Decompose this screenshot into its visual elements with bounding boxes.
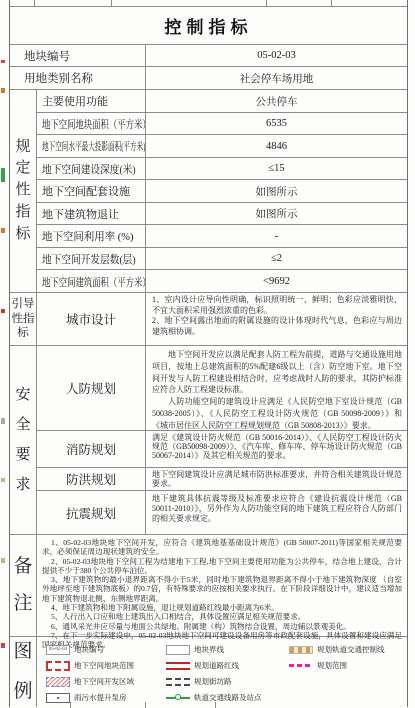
row-label: 防洪规划 — [37, 468, 146, 490]
scan-artifact-tick — [1, 168, 5, 182]
scan-artifact-tick — [215, 702, 216, 708]
plot-number-icon: 05-02-03 — [46, 645, 70, 655]
section-group-label: 规定性指标 — [10, 90, 37, 292]
row-text: 1、室内设计应导向性明确，标识照明统一、鲜明；色彩应淡雅明快，不宜大面积采用强烈… — [146, 293, 407, 345]
row-label: 主要使用功能 — [37, 90, 146, 112]
scan-artifact-tick — [1, 418, 5, 424]
row-value: ≤15 — [146, 158, 407, 179]
scan-artifact-tick — [145, 702, 146, 708]
legend-item: 规划轨道交通控制线 — [289, 644, 385, 655]
row-value: 公共停车 — [146, 90, 407, 112]
row-value: - — [146, 225, 407, 247]
section-group-label: 图例 — [10, 637, 37, 707]
scan-artifact-tick — [1, 558, 5, 563]
legend-item: 规划街坊路 — [166, 676, 262, 687]
row-label: 地下空间地块面积（平方米） — [37, 113, 146, 134]
row-text: 地下空间建筑设计应满足城市防洪标准要求，并符合相关建筑设计规范要求。 — [146, 468, 407, 490]
table-row: 地下空间建筑面积（平方米） <9692 — [37, 270, 407, 293]
table-row: 主要使用功能 公共停车 — [37, 90, 407, 113]
legend-item: 地下空间开发区域 — [46, 676, 134, 687]
row-label: 地下空间开发层数(层) — [37, 248, 146, 269]
planning-scope-icon — [289, 664, 313, 667]
section-safety: 安全要求 人防规划 地下空间开发应以满足配套人防工程为前提，道路与交通设施用地项… — [10, 346, 407, 535]
pump-house-icon — [46, 693, 70, 703]
section-regulatory: 规定性指标 主要使用功能 公共停车 地下空间地块面积（平方米） 6535 地下空… — [10, 90, 407, 293]
table-row: 抗震规划 地下建筑具体抗震等级及标准要求应符合《建设抗震设计规范（GB 5001… — [37, 491, 407, 535]
section-group-label: 备注 — [10, 535, 37, 636]
legend-item: 雨污水提升泵房 — [46, 692, 134, 703]
table-row: 地块编号 05-02-03 — [10, 45, 407, 67]
table-row: 用地类别名称 社会停车场用地 — [10, 67, 407, 90]
scan-artifact-tick — [1, 478, 5, 482]
table-row: 消防规划 满足《建筑设计防火规范（GB 50016-2014）》、《人民防空工程… — [37, 431, 407, 468]
row-label: 地下空间配套设施 — [37, 180, 146, 202]
row-label: 地下建筑物退让 — [37, 203, 146, 224]
row-text: 地下空间开发应以满足配套人防工程为前提，道路与交通设施用地项目，按地上总建筑面积… — [146, 346, 407, 430]
section-guiding: 引导性指标 城市设计 1、室内设计应导向性明确，标识照明统一、鲜明；色彩应淡雅明… — [10, 293, 407, 346]
table-row: 地下空间利用率 (%) - — [37, 225, 407, 248]
legend-item: 轨道交通线路及站点 — [166, 692, 262, 703]
table-row: 防洪规划 地下空间建筑设计应满足城市防洪标准要求，并符合相关建筑设计规范要求。 — [37, 468, 407, 491]
table-row: 地下空间建设深度(米) ≤15 — [37, 158, 407, 180]
row-label: 消防规划 — [37, 431, 146, 467]
scan-artifact-tick — [1, 228, 5, 233]
legend-item: 规划范围 — [289, 660, 385, 671]
plot-boundary-icon — [166, 645, 190, 655]
row-label: 人防规划 — [37, 346, 146, 430]
scan-artifact-tick — [70, 702, 71, 708]
neighborhood-road-icon — [166, 678, 190, 686]
underground-plot-scope-icon — [46, 661, 70, 671]
row-text: 地下建筑具体抗震等级及标准要求应符合《建设抗震设计规范（GB 50011-201… — [146, 491, 407, 535]
row-value: 如图所示 — [146, 180, 407, 202]
remarks-text: 1、05-02-03地块地下空间开发，应符合《建筑地基基础设计规范》(GB 50… — [37, 535, 407, 636]
table-row: 地下空间地块面积（平方米） 6535 — [37, 113, 407, 135]
legend-items: 05-02-03 地块编号 地下空间地块范围 地下空间开发区域 雨污水提升泵房 — [37, 637, 407, 707]
rail-control-line-icon — [289, 646, 313, 654]
scan-artifact-tick — [1, 643, 5, 648]
control-indicator-table: 控制指标 地块编号 05-02-03 用地类别名称 社会停车场用地 规定性指标 … — [9, 0, 408, 707]
legend-item: 05-02-03 地块编号 — [46, 644, 134, 655]
row-label: 地下空间建筑面积（平方米） — [37, 270, 146, 293]
section-group-label: 安全要求 — [10, 346, 37, 534]
row-value: 6535 — [146, 113, 407, 134]
row-value: 05-02-03 — [146, 45, 407, 66]
table-row: 地下空间开发层数(层) ≤2 — [37, 248, 407, 270]
rail-transit-line-icon — [166, 697, 190, 699]
row-value: 社会停车场用地 — [146, 67, 407, 89]
row-value: 4846 — [146, 135, 407, 157]
row-label: 地下空间利用率 (%) — [37, 225, 146, 247]
legend-item: 地下空间地块范围 — [46, 660, 134, 671]
section-remarks: 备注 1、05-02-03地块地下空间开发，应符合《建筑地基基础设计规范》(GB… — [10, 535, 407, 637]
page-title: 控制指标 — [165, 13, 253, 38]
road-red-line-icon — [166, 662, 190, 670]
section-group-label: 引导性指标 — [10, 293, 37, 345]
legend-item: 地块界线 — [166, 644, 262, 655]
legend-item: 规划道路红线 — [166, 660, 262, 671]
section-legend: 图例 05-02-03 地块编号 地下空间地块范围 地下空间开发区域 — [10, 637, 407, 707]
table-row: 地下空间水平最大投影面积(平方米) 4846 — [37, 135, 407, 158]
table-title-row: 控制指标 — [10, 7, 407, 45]
row-text: 满足《建筑设计防火规范（GB 50016-2014）》、《人民防空工程设计防火规… — [146, 431, 407, 467]
table-row: 人防规划 地下空间开发应以满足配套人防工程为前提，道路与交通设施用地项目，按地上… — [37, 346, 407, 431]
row-label: 地块编号 — [10, 45, 146, 66]
row-value: ≤2 — [146, 248, 407, 269]
scanned-plan-sheet: 控制指标 地块编号 05-02-03 用地类别名称 社会停车场用地 规定性指标 … — [0, 0, 415, 708]
row-value: <9692 — [146, 270, 407, 293]
table-row: 地下建筑物退让 如图所示 — [37, 203, 407, 225]
scan-artifact-tick — [1, 309, 5, 313]
row-label: 抗震规划 — [37, 491, 146, 535]
underground-dev-area-icon — [46, 677, 70, 687]
row-label: 地下空间建设深度(米) — [37, 158, 146, 179]
top-partial-row — [10, 0, 407, 7]
row-label: 地下空间水平最大投影面积(平方米) — [37, 135, 146, 157]
table-row: 地下空间配套设施 如图所示 — [37, 180, 407, 203]
row-label: 用地类别名称 — [10, 67, 146, 89]
row-label: 城市设计 — [37, 293, 146, 345]
scan-artifact-tick — [1, 60, 5, 63]
scan-artifact-tick — [1, 88, 5, 93]
row-value: 如图所示 — [146, 203, 407, 224]
